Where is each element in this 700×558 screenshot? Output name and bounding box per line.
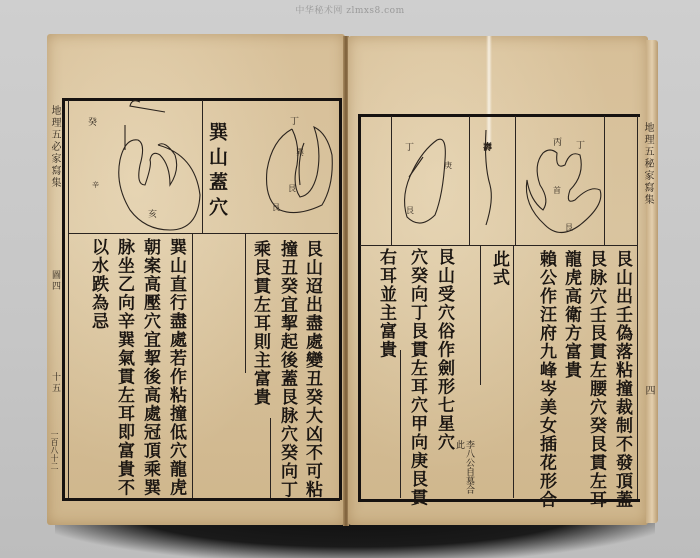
right-text-annotation: 李八公自墓合此	[452, 440, 474, 500]
right-diagram-label-gen2: 艮	[565, 222, 573, 233]
left-text-col-6: 脉坐乙向辛巽氣貫左耳即富貴不	[114, 238, 134, 497]
right-diagram-label-shou: 首	[553, 185, 561, 196]
diagram-label-gen-1: 艮	[288, 183, 296, 194]
right-col-rule-3	[513, 245, 514, 498]
right-text-col-5: 此式	[489, 250, 509, 287]
right-text-col-1: 艮山出壬偽落粘撞裁制不發頂蓋	[612, 250, 632, 509]
diagram-label-gen-2: 艮	[272, 202, 280, 213]
left-col-rule-2	[270, 418, 271, 498]
left-diagram-split	[202, 100, 203, 233]
left-inner-rule	[339, 98, 342, 500]
left-text-col-7: 以水跌為忌	[88, 238, 108, 331]
left-margin-title: 地理五必家寫集	[48, 105, 60, 189]
right-diagram-label-bing: 丙	[553, 135, 562, 148]
right-inner-rule	[358, 116, 361, 501]
right-mountain-diagram-1	[395, 135, 455, 230]
right-diagram-split-1	[391, 116, 392, 246]
page-edge	[646, 40, 658, 523]
right-diagram-divider	[360, 245, 637, 246]
left-diagram-label-1: 癸	[88, 115, 97, 128]
left-margin-page-number: 一百八十二	[50, 430, 59, 470]
left-text-col-1: 艮山迢出盡處變丑癸大凶不可粘	[302, 240, 322, 499]
right-text-col-3: 龍虎高衛方富貴	[561, 250, 581, 380]
right-diagram-split-2	[469, 116, 470, 246]
left-bottom-rule	[62, 498, 340, 501]
left-text-col-4: 巽山直行盡處若作粘撞低穴龍虎	[166, 238, 186, 497]
right-diagram-label-gen: 艮	[406, 205, 414, 216]
left-outer-rule	[62, 98, 65, 500]
right-middle-ridge	[476, 125, 501, 235]
left-text-col-2: 撞丑癸宜挈起後蓋艮脉穴癸向丁	[277, 240, 297, 499]
watermark: 中华秘术网 zlmxs8.com	[0, 3, 700, 16]
right-text-col-4: 賴公作汪府九峰岑美女插花形合	[536, 250, 556, 509]
diagram-label-ding: 丁	[290, 114, 299, 127]
left-margin-section: 圖四	[49, 270, 61, 292]
right-text-col-8: 右耳並主富貴	[376, 248, 396, 359]
right-text-col-7: 穴癸向丁艮貫左耳穴甲向庚艮貫	[407, 248, 427, 507]
right-col-rule-2	[400, 350, 401, 498]
right-text-col-6: 艮山受穴俗作劍形七星穴	[434, 248, 454, 452]
right-diagram-label-ding2: 丁	[576, 138, 585, 151]
left-text-col-5: 朝案高壓穴宜挈後高處冠頂乘巽	[140, 238, 160, 497]
left-diagram-divider	[68, 233, 338, 234]
right-diagram-split-3	[515, 116, 516, 246]
left-margin-rule	[68, 100, 69, 498]
right-top-rule	[358, 114, 640, 117]
diagram-heading: 巽山蓋穴	[207, 122, 227, 222]
right-diagram-label-ding: 丁	[405, 140, 414, 153]
right-margin-leaf: 四	[642, 385, 654, 397]
right-diagram-label-geng: 庚	[444, 160, 452, 171]
diagram-label-xun: 巽	[296, 147, 304, 158]
left-diagram-label-3: 辛	[92, 180, 99, 190]
left-text-col-3: 乘艮貫左耳則主富貴	[250, 240, 270, 407]
right-text-col-2: 艮脉穴壬艮貫左腰穴癸艮貫左耳	[586, 250, 606, 509]
right-col-rule-1	[480, 245, 481, 385]
left-col-rule-1	[245, 233, 246, 373]
right-outer-rule	[637, 116, 638, 499]
left-diagram-label-2: 亥	[148, 207, 157, 220]
right-margin-title: 地理五秘家寫集	[641, 122, 653, 206]
left-col-rule-3	[192, 233, 193, 498]
left-margin-leaf: 十五	[49, 372, 61, 394]
